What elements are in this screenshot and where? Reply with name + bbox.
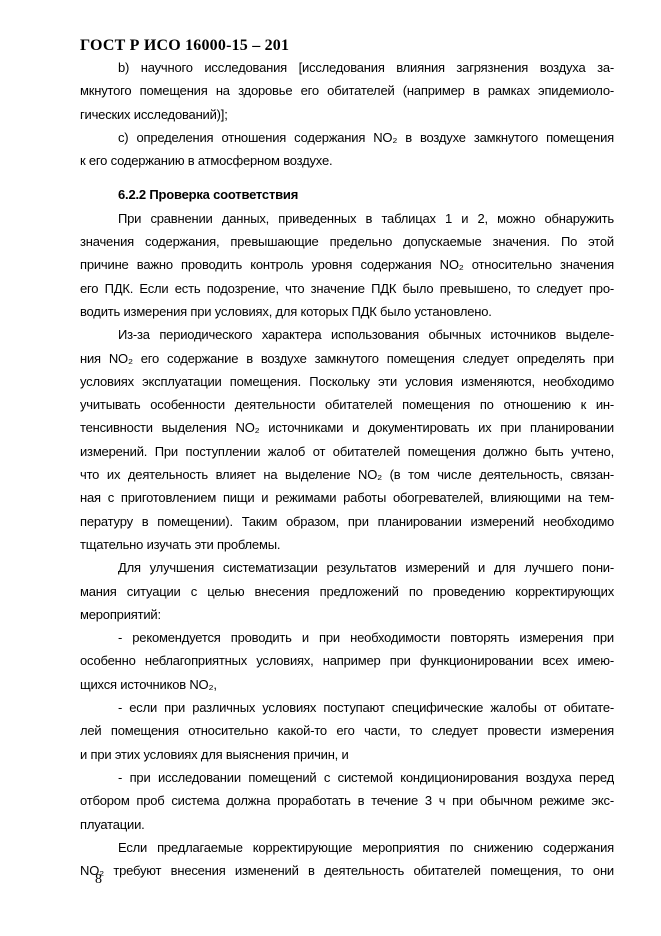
text-line: условиях эксплуатации помещения. Посколь…: [80, 370, 614, 393]
text-line: - при исследовании помещений с системой …: [80, 766, 614, 789]
text-line: b) научного исследования [исследования в…: [80, 56, 614, 79]
text-line: Если предлагаемые корректирующие меропри…: [80, 836, 614, 859]
text-line: плуатации.: [80, 813, 614, 836]
text-line: ная с приготовлением пищи и режимами раб…: [80, 486, 614, 509]
paragraph: Для улучшения систематизации результатов…: [80, 556, 614, 626]
text-line: лей помещения относительно какой-то его …: [80, 719, 614, 742]
text-line: ния NO₂ его содержание в воздухе замкнут…: [80, 347, 614, 370]
text-line: тщательно изучать эти проблемы.: [80, 533, 614, 556]
document-body: b) научного исследования [исследования в…: [80, 56, 614, 882]
paragraph: - если при различных условиях поступают …: [80, 696, 614, 766]
paragraph: - при исследовании помещений с системой …: [80, 766, 614, 836]
page-number: 8: [95, 872, 102, 888]
running-header: ГОСТ Р ИСО 16000-15 – 201: [80, 37, 289, 55]
text-line: - если при различных условиях поступают …: [80, 696, 614, 719]
text-line: водить измерения при условиях, для котор…: [80, 300, 614, 323]
text-line: к его содержанию в атмосферном воздухе.: [80, 149, 614, 172]
paragraph: - рекомендуется проводить и при необходи…: [80, 626, 614, 696]
text-line: гических исследований)];: [80, 103, 614, 126]
text-line: особенно неблагоприятных условиях, напри…: [80, 649, 614, 672]
text-line: Для улучшения систематизации результатов…: [80, 556, 614, 579]
text-line: NO₂ требуют внесения изменений в деятель…: [80, 859, 614, 882]
text-line: его ПДК. Если есть подозрение, что значе…: [80, 277, 614, 300]
text-line: значения содержания, превышающие предель…: [80, 230, 614, 253]
text-line: измерений. При поступлении жалоб от обит…: [80, 440, 614, 463]
text-line: - рекомендуется проводить и при необходи…: [80, 626, 614, 649]
text-line: c) определения отношения содержания NO₂ …: [80, 126, 614, 149]
text-line: причине важно проводить контроль уровня …: [80, 253, 614, 276]
text-line: что их деятельность влияет на выделение …: [80, 463, 614, 486]
text-line: мероприятий:: [80, 603, 614, 626]
text-line: Из-за периодического характера использов…: [80, 323, 614, 346]
text-line: пературу в помещении). Таким образом, пр…: [80, 510, 614, 533]
text-line: мания ситуации с целью внесения предложе…: [80, 580, 614, 603]
paragraph: При сравнении данных, приведенных в табл…: [80, 207, 614, 323]
section-heading: 6.2.2 Проверка соответствия: [80, 183, 614, 206]
text-line: отбором проб система должна проработать …: [80, 789, 614, 812]
text-line: и при этих условиях для выяснения причин…: [80, 743, 614, 766]
text-line: тенсивности выделения NO₂ источниками и …: [80, 416, 614, 439]
text-line: учитывать особенности деятельности обита…: [80, 393, 614, 416]
paragraph: Из-за периодического характера использов…: [80, 323, 614, 556]
paragraph: b) научного исследования [исследования в…: [80, 56, 614, 126]
paragraph: c) определения отношения содержания NO₂ …: [80, 126, 614, 173]
document-page: ГОСТ Р ИСО 16000-15 – 201 b) научного ис…: [0, 0, 661, 936]
paragraph: Если предлагаемые корректирующие меропри…: [80, 836, 614, 883]
text-line: 6.2.2 Проверка соответствия: [80, 183, 614, 206]
text-line: щихся источников NO₂,: [80, 673, 614, 696]
text-line: При сравнении данных, приведенных в табл…: [80, 207, 614, 230]
text-line: мкнутого помещения на здоровье его обита…: [80, 79, 614, 102]
